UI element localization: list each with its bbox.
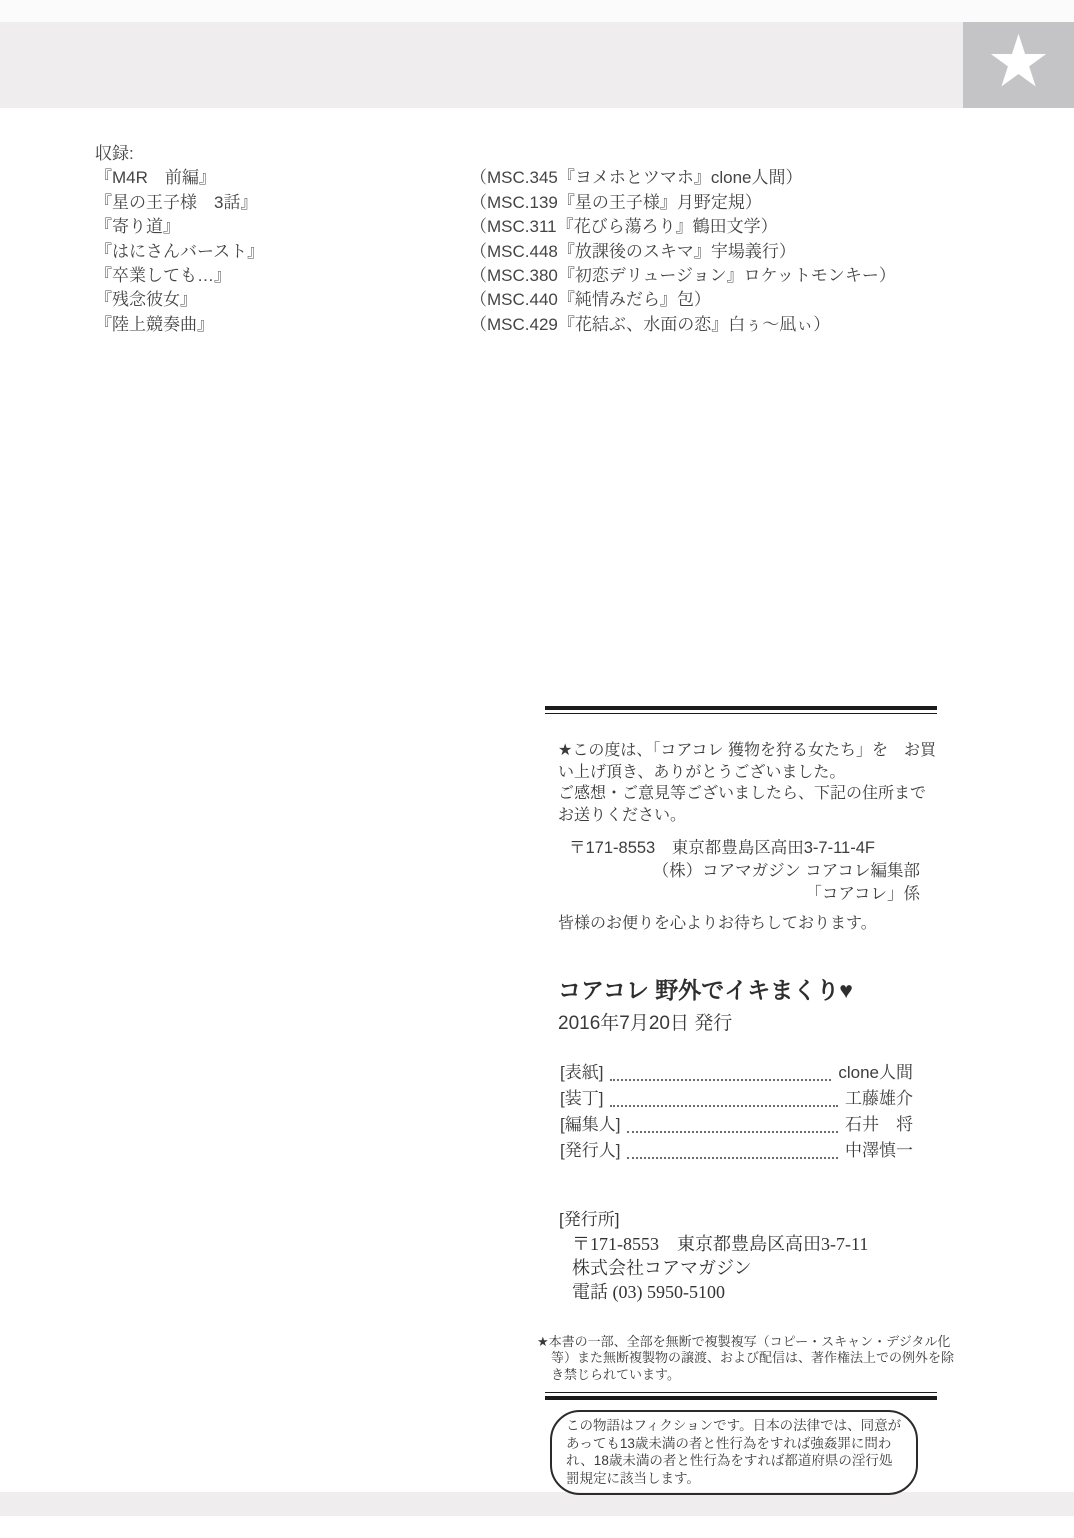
toc-row: 『卒業しても…』 （MSC.380『初恋デリュージョン』ロケットモンキー） [95,264,995,288]
toc-entry-source: （MSC.311『花びら蕩ろり』鶴田文学） [470,215,778,239]
toc-entry-title: 『陸上競奏曲』 [95,313,470,337]
copyright-warning: ★本書の一部、全部を無断で複製複写（コピー・スキャン・デジタル化等）また無断複製… [537,1334,955,1384]
toc-entry-source: （MSC.440『純情みだら』包） [470,288,711,312]
dotted-leader [610,1079,831,1081]
credit-role: [編集人] [560,1112,620,1138]
top-double-rule [545,706,937,714]
toc-entry-title: 『はにさんバースト』 [95,240,470,264]
toc-entry-title: 『寄り道』 [95,215,470,239]
toc-row: 『陸上競奏曲』 （MSC.429『花結ぶ、水面の恋』白ぅ～凪ぃ） [95,313,995,337]
publisher-label: [発行所] [545,1208,937,1232]
fiction-disclaimer-text: この物語はフィクションです。日本の法律では、同意があっても13歳未満の者と性行為… [566,1417,902,1487]
toc-entry-source: （MSC.429『花結ぶ、水面の恋』白ぅ～凪ぃ） [470,313,830,337]
page-corner-tile: ★ [963,22,1074,108]
credit-name: clone人間 [838,1060,913,1086]
top-scan-band [0,22,1074,108]
credit-row: [装丁] 工藤雄介 [560,1086,913,1112]
toc-entry-source: （MSC.345『ヨメホとツマホ』clone人間） [470,166,803,190]
bottom-double-rule [545,1392,937,1400]
credit-row: [発行人] 中澤慎一 [560,1138,913,1164]
thanks-text: ★この度は、「コアコレ 獲物を狩る女たち」を お買い上げ頂き、ありがとうございま… [545,740,937,783]
toc-entry-title: 『卒業しても…』 [95,264,470,288]
toc-row: 『M4R 前編』 （MSC.345『ヨメホとツマホ』clone人間） [95,166,995,190]
awaiting-text: 皆様のお便りを心よりお待ちしております。 [545,913,937,935]
credit-name: 石井 将 [845,1112,913,1138]
toc-entry-title: 『星の王子様 3話』 [95,191,470,215]
dotted-leader [627,1131,838,1133]
toc-entry-title: 『残念彼女』 [95,288,470,312]
credit-name: 工藤雄介 [845,1086,913,1112]
publisher-company: 株式会社コアマガジン [545,1256,937,1280]
issue-date: 2016年7月20日 発行 [545,1012,937,1036]
toc-section: 収録: 『M4R 前編』 （MSC.345『ヨメホとツマホ』clone人間） 『… [95,142,995,337]
book-title: コアコレ 野外でイキまくり♥ [545,975,937,1005]
toc-entry-source: （MSC.380『初恋デリュージョン』ロケットモンキー） [470,264,896,288]
credits-list: [表紙] clone人間 [装丁] 工藤雄介 [編集人] 石井 将 [発行人] … [545,1060,937,1164]
publisher-phone: 電話 (03) 5950-5100 [545,1280,937,1304]
toc-entry-source: （MSC.139『星の王子様』月野定規） [470,191,762,215]
editorial-address-line: 〒171-8553 東京都豊島区高田3-7-11-4F [545,837,937,860]
fiction-disclaimer-box: この物語はフィクションです。日本の法律では、同意があっても13歳未満の者と性行為… [550,1410,918,1495]
toc-row: 『はにさんバースト』 （MSC.448『放課後のスキマ』宇場義行） [95,240,995,264]
bottom-scan-band [0,1492,1074,1516]
credit-role: [装丁] [560,1086,603,1112]
toc-row: 『寄り道』 （MSC.311『花びら蕩ろり』鶴田文学） [95,215,995,239]
credit-row: [表紙] clone人間 [560,1060,913,1086]
credit-name: 中澤慎一 [845,1138,913,1164]
feedback-text: ご感想・ご意見等ございましたら、下記の住所までお送りください。 [545,783,937,826]
editorial-address-line: （株）コアマガジン コアコレ編集部 [545,860,937,883]
toc-entry-source: （MSC.448『放課後のスキマ』宇場義行） [470,240,796,264]
credit-row: [編集人] 石井 将 [560,1112,913,1138]
editorial-address-line: 「コアコレ」係 [545,883,937,906]
dotted-leader [627,1157,838,1159]
toc-heading: 収録: [95,142,995,166]
toc-row: 『残念彼女』 （MSC.440『純情みだら』包） [95,288,995,312]
toc-entry-title: 『M4R 前編』 [95,166,470,190]
publisher-block: [発行所] 〒171-8553 東京都豊島区高田3-7-11 株式会社コアマガジ… [545,1208,937,1304]
colophon-column: ★この度は、「コアコレ 獲物を狩る女たち」を お買い上げ頂き、ありがとうございま… [545,706,937,1495]
toc-row: 『星の王子様 3話』 （MSC.139『星の王子様』月野定規） [95,191,995,215]
credit-role: [発行人] [560,1138,620,1164]
star-icon: ★ [986,26,1051,98]
top-white-strip [0,0,1074,22]
publisher-address: 〒171-8553 東京都豊島区高田3-7-11 [545,1232,937,1256]
dotted-leader [610,1105,838,1107]
credit-role: [表紙] [560,1060,603,1086]
